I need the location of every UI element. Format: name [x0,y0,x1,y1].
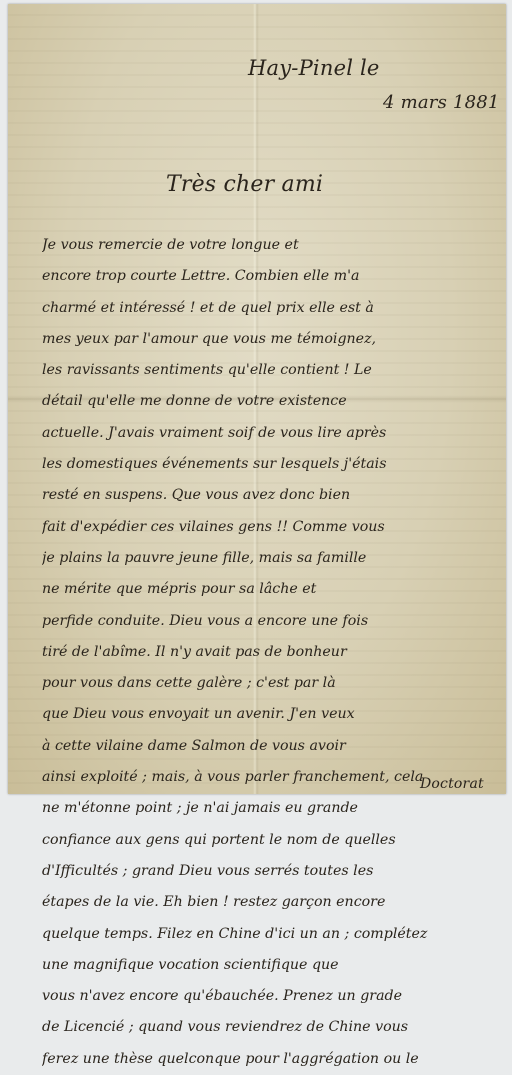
letter-line: encore trop courte Lettre. Combien elle … [42,261,502,292]
letter-line: tiré de l'abîme. Il n'y avait pas de bon… [42,637,502,668]
letter-line: fait d'expédier ces vilaines gens !! Com… [42,512,502,543]
letter-body: Je vous remercie de votre longue etencor… [42,230,502,800]
letter-line: ne m'étonne point ; je n'ai jamais eu gr… [42,793,502,800]
letter-line: Je vous remercie de votre longue et [42,230,502,261]
letter-line: à cette vilaine dame Salmon de vous avoi… [42,731,502,762]
letter-line: resté en suspens. Que vous avez donc bie… [42,480,502,511]
letter-line: charmé et intéressé ! et de quel prix el… [42,293,502,324]
letter-sheet: Hay-Pinel le 4 mars 1881 Très cher ami J… [8,4,506,794]
letter-line: pour vous dans cette galère ; c'est par … [42,668,502,699]
letter-line: perfide conduite. Dieu vous a encore une… [42,606,502,637]
letter-line: mes yeux par l'amour que vous me témoign… [42,324,502,355]
letter-line: ne mérite que mépris pour sa lâche et [42,574,502,605]
letter-line: je plains la pauvre jeune fille, mais sa… [42,543,502,574]
letter-salutation: Très cher ami [166,172,323,197]
letter-line: détail qu'elle me donne de votre existen… [42,386,502,417]
letter-place: Hay-Pinel le [248,56,380,80]
letter-date: 4 mars 1881 [383,92,500,113]
letter-line: les domestiques événements sur lesquels … [42,449,502,480]
letter-line: que Dieu vous envoyait un avenir. J'en v… [42,699,502,730]
letter-line: actuelle. J'avais vraiment soif de vous … [42,418,502,449]
letter-line: les ravissants sentiments qu'elle contie… [42,355,502,386]
letter-closing-word: Doctorat [420,776,484,792]
